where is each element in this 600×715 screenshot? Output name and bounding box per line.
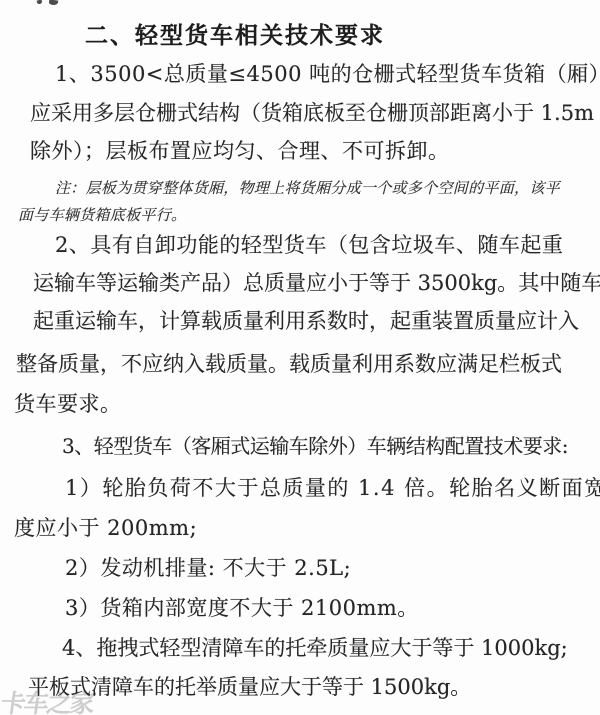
body-line-sub1-cont: 度应小于 200mm; xyxy=(14,515,197,541)
body-line-item1: 1、3500<总质量≤4500 吨的仓栅式轻型货车货箱（厢） xyxy=(55,61,600,87)
body-line-item2-cont: 起重运输车，计算载质量利用系数时，起重装置质量应计入 xyxy=(33,308,579,334)
body-line-item1-cont: 应采用多层仓栅式结构（货箱底板至仓栅顶部距离小于 1.5m xyxy=(30,100,594,126)
body-line-item2: 2、具有自卸功能的轻型货车（包含垃圾车、随车起重 xyxy=(55,232,563,258)
body-line-item2-cont: 货车要求。 xyxy=(14,391,122,417)
body-line-item3: 3、轻型货车（客厢式运输车除外）车辆结构配置技术要求: xyxy=(62,434,568,459)
body-line-item4-cont: 平板式清障车的托举质量应大于等于 1500kg。 xyxy=(28,674,471,700)
footnote-line-cont: 面与车辆货箱底板平行。 xyxy=(18,206,186,225)
document-page: 卡车之家 二、轻型货车相关技术要求 1、3500<总质量≤4500 吨的仓栅式轻… xyxy=(0,0,600,715)
body-line-sub2: 2）发动机排量: 不大于 2.5L; xyxy=(65,555,351,581)
body-line-item4: 4、拖拽式轻型清障车的托牵质量应大于等于 1000kg; xyxy=(62,635,568,661)
footnote-line: 注：层板为贯穿整体货厢，物理上将货厢分成一个或多个空间的平面，该平 xyxy=(55,179,560,198)
body-line-sub3: 3）货箱内部宽度不大于 2100mm。 xyxy=(65,595,419,621)
cropped-character-fragment xyxy=(37,0,43,4)
body-line-item2-cont: 运输车等运输类产品）总质量应小于等于 3500kg。其中随车 xyxy=(33,270,600,296)
body-line-sub1: 1）轮胎负荷不大于总质量的 1.4 倍。轮胎名义断面宽 xyxy=(65,475,600,501)
body-line-item1-cont: 除外）；层板布置应均匀、合理、不可拆卸。 xyxy=(30,138,450,164)
body-line-item2-cont: 整备质量，不应纳入载质量。载质量利用系数应满足栏板式 xyxy=(16,351,562,377)
cropped-character-fragment xyxy=(49,0,59,6)
section-heading: 二、轻型货车相关技术要求 xyxy=(85,22,385,51)
